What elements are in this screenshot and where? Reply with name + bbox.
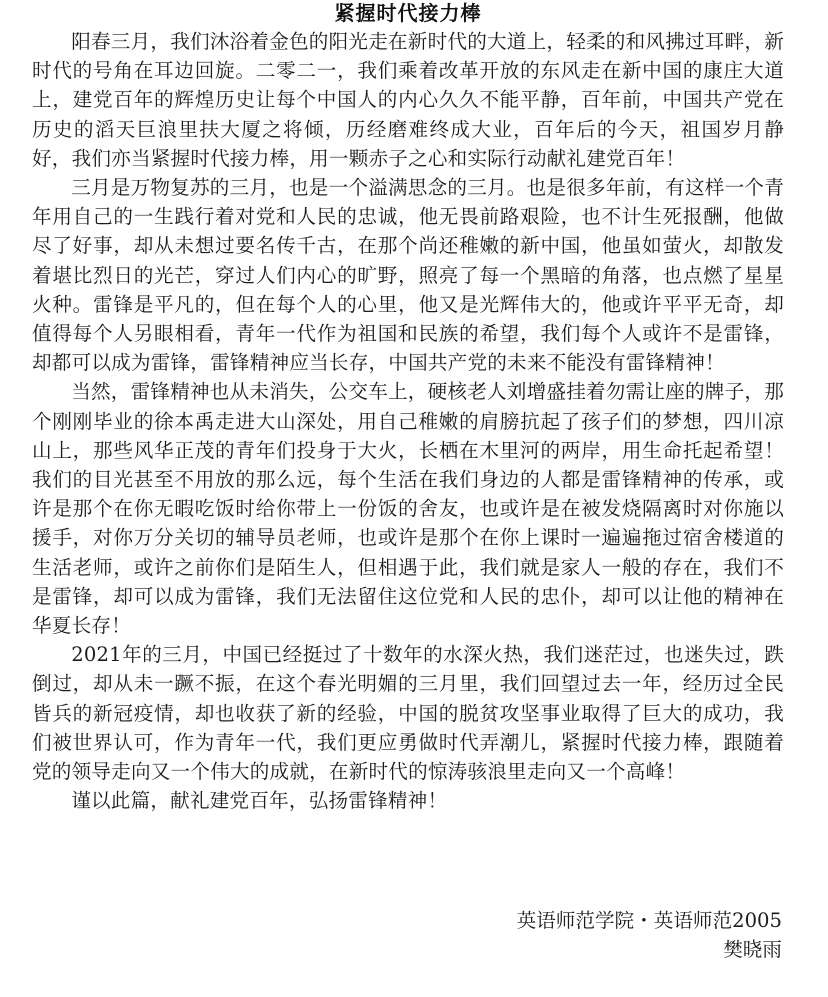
paragraph-3: 当然，雷锋精神也从未消失，公交车上，硬核老人刘增盛挂着勿需让座的牌子，那个刚刚毕… (32, 377, 784, 640)
author-name: 樊晓雨 (517, 935, 782, 964)
signature-block: 英语师范学院・英语师范2005 樊晓雨 (517, 906, 782, 964)
document-page: 紧握时代接力棒 阳春三月，我们沐浴着金色的阳光走在新时代的大道上，轻柔的和风拂过… (32, 0, 784, 815)
paragraph-2: 三月是万物复苏的三月，也是一个溢满思念的三月。也是很多年前，有这样一个青年用自己… (32, 173, 784, 377)
author-affiliation: 英语师范学院・英语师范2005 (517, 906, 782, 935)
paragraph-4: 2021年的三月，中国已经挺过了十数年的水深火热，我们迷茫过，也迷失过，跌倒过，… (32, 640, 784, 786)
document-title: 紧握时代接力棒 (32, 0, 784, 27)
paragraph-5: 谨以此篇，献礼建党百年，弘扬雷锋精神！ (32, 786, 784, 815)
paragraph-1: 阳春三月，我们沐浴着金色的阳光走在新时代的大道上，轻柔的和风拂过耳畔，新时代的号… (32, 27, 784, 173)
document-body: 阳春三月，我们沐浴着金色的阳光走在新时代的大道上，轻柔的和风拂过耳畔，新时代的号… (32, 27, 784, 815)
